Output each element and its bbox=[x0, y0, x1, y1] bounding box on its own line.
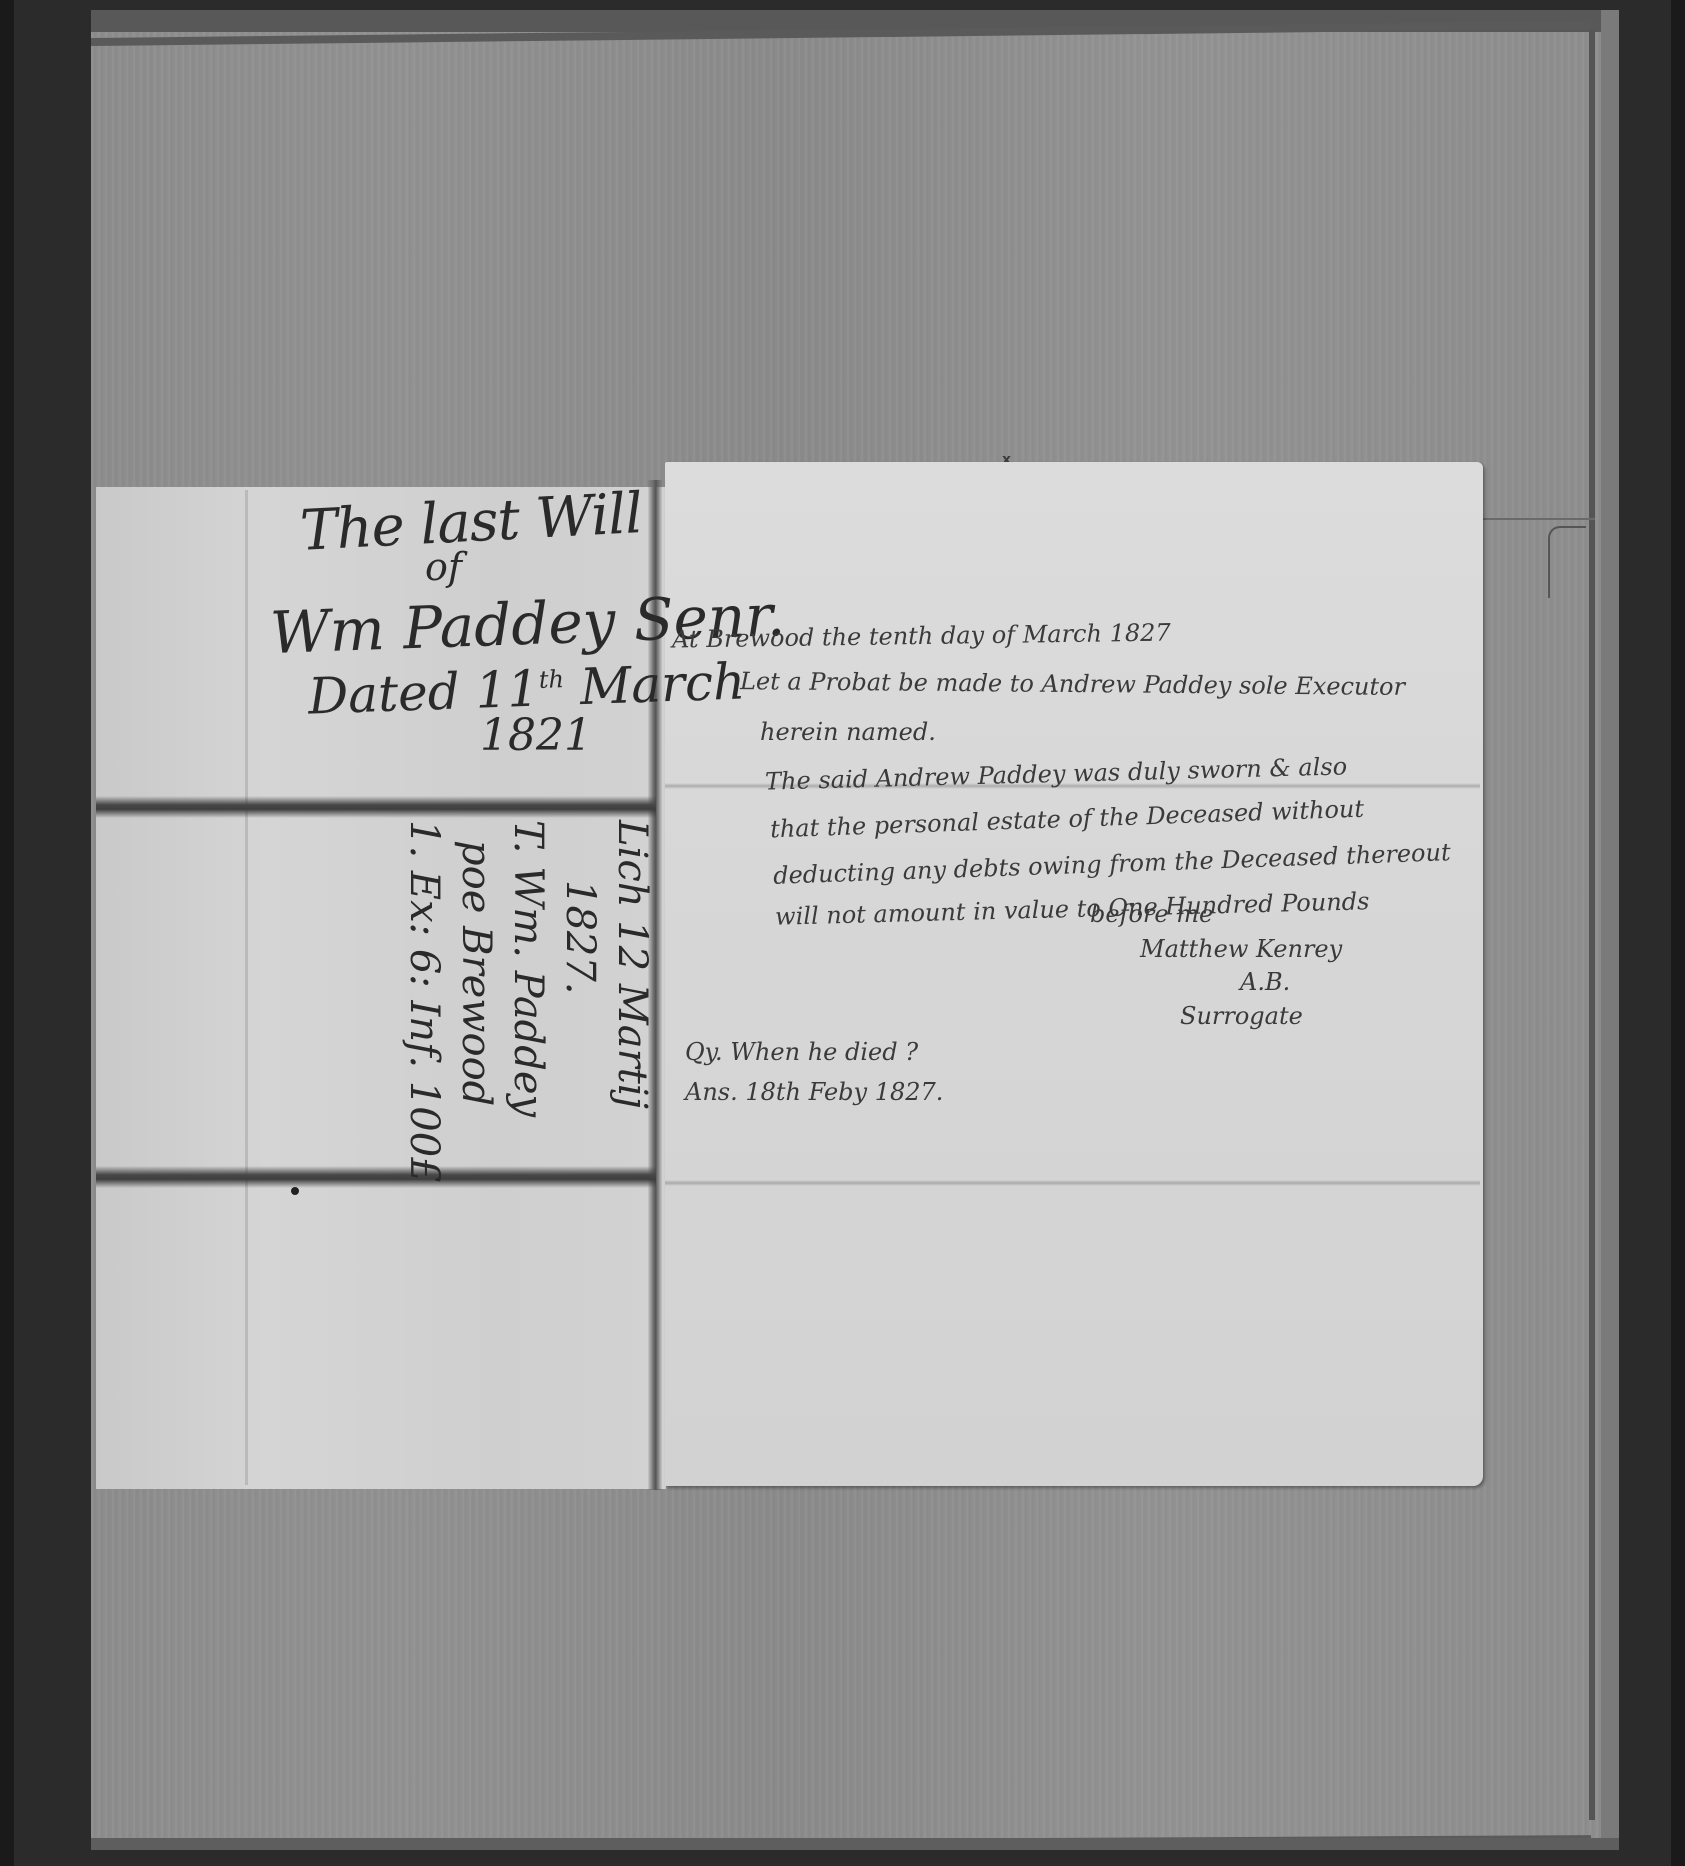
surrogate-signature: Matthew Kenrey bbox=[1140, 935, 1342, 963]
probate-signoff: before me bbox=[1090, 900, 1213, 928]
probate-line: herein named. bbox=[760, 718, 936, 746]
film-edge-left bbox=[0, 0, 14, 1866]
mount-bottom-band bbox=[91, 1838, 1619, 1850]
date-suffix: March bbox=[563, 652, 746, 716]
flap-curve bbox=[1548, 526, 1586, 598]
answer-line: Ans. 18th Feby 1827. bbox=[685, 1078, 943, 1106]
surrogate-degree: A.B. bbox=[1240, 968, 1290, 996]
endorsement-of: of bbox=[425, 545, 462, 589]
paper-right-panel bbox=[665, 462, 1483, 1486]
rotated-note-line: 1. Ex: 6: Inf. 100£ bbox=[401, 820, 447, 1183]
rotated-probate-note: Lich 12 Martij 1827. T. Wm. Paddey poe B… bbox=[405, 820, 655, 1180]
flap-line bbox=[1465, 518, 1595, 520]
film-edge-right bbox=[1671, 0, 1685, 1866]
mount-right-strip bbox=[1601, 10, 1619, 1850]
fold-crease-horizontal-upper bbox=[96, 796, 656, 818]
query-line: Qy. When he died ? bbox=[685, 1038, 918, 1066]
fold-crease-left bbox=[245, 490, 248, 1485]
probate-line: Let a Probat be made to Andrew Paddey so… bbox=[740, 667, 1405, 701]
rotated-note-line: 1827. bbox=[557, 880, 603, 995]
date-ordinal: th bbox=[538, 665, 564, 694]
rotated-note-line: T. Wm. Paddey bbox=[505, 820, 551, 1117]
fold-crease-right-lower bbox=[665, 1180, 1480, 1186]
frame-rule-right bbox=[1589, 30, 1595, 1820]
rotated-note-line: Lich 12 Martij bbox=[609, 820, 655, 1109]
ink-blot bbox=[291, 1187, 299, 1195]
surrogate-title: Surrogate bbox=[1180, 1002, 1303, 1030]
endorsement-year: 1821 bbox=[480, 710, 592, 761]
rotated-note-line: poe Brewood bbox=[453, 840, 499, 1106]
